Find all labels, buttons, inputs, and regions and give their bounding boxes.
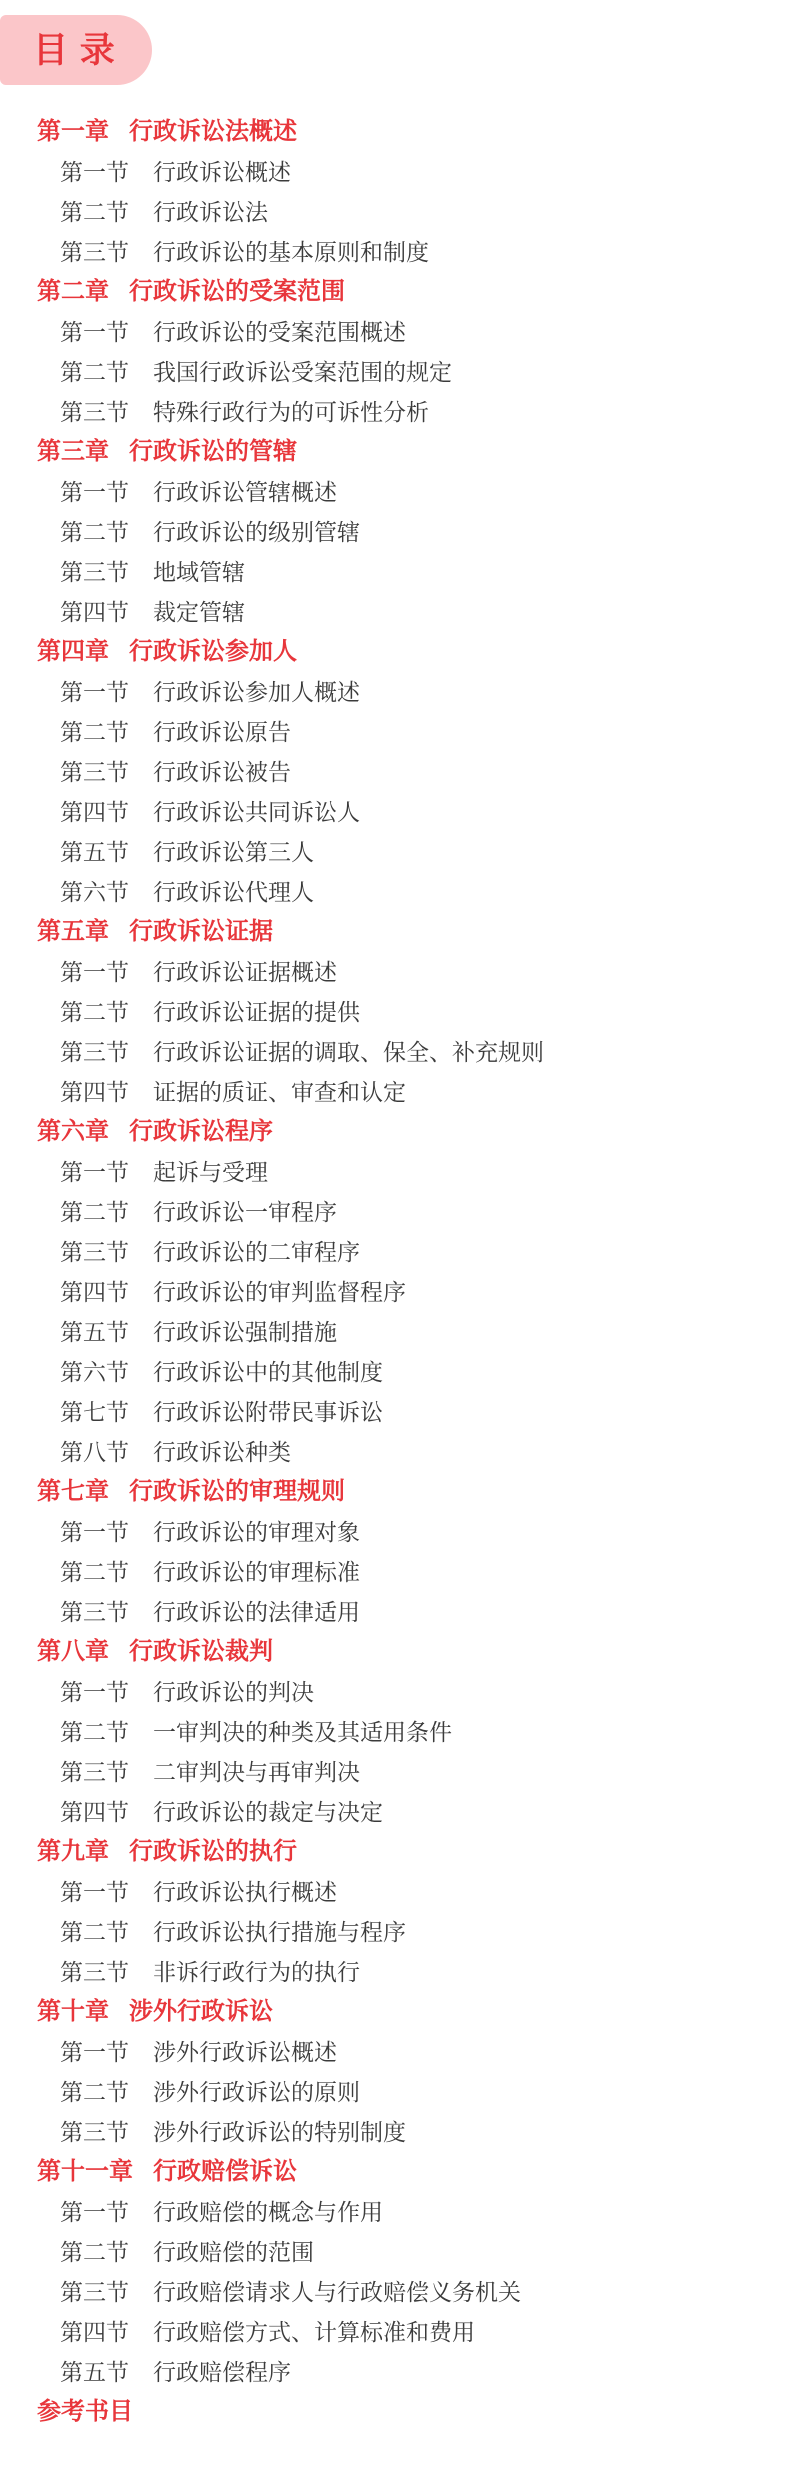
toc-entry-title: 行政诉讼的审判监督程序 xyxy=(153,1281,406,1304)
toc-entry-title: 行政诉讼参加人概述 xyxy=(153,681,360,704)
toc-entry-title: 行政诉讼的裁定与决定 xyxy=(153,1801,383,1824)
toc-entry-label: 第二节 xyxy=(60,1921,129,1944)
toc-entry[interactable]: 第二节 行政诉讼原告 xyxy=(0,712,790,752)
toc-entry-label: 第八章 xyxy=(37,1640,109,1664)
toc-entry-label: 第三节 xyxy=(60,241,129,264)
toc-entry[interactable]: 第四节 行政诉讼的裁定与决定 xyxy=(0,1792,790,1832)
toc-entry[interactable]: 第二节 行政诉讼法 xyxy=(0,192,790,232)
toc-entry-label: 第一节 xyxy=(60,161,129,184)
toc-entry-label: 第二节 xyxy=(60,1001,129,1024)
toc-entry-title: 行政诉讼证据的调取、保全、补充规则 xyxy=(153,1041,544,1064)
toc-entry-title: 行政诉讼的级别管辖 xyxy=(153,521,360,544)
toc-entry-title: 行政诉讼管辖概述 xyxy=(153,481,337,504)
toc-entry-title: 行政诉讼附带民事诉讼 xyxy=(153,1401,383,1424)
toc-entry-label: 第二节 xyxy=(60,2241,129,2264)
toc-entry-label: 第六章 xyxy=(37,1120,109,1144)
toc-entry[interactable]: 第四节 行政诉讼的审判监督程序 xyxy=(0,1272,790,1312)
toc-entry[interactable]: 第四节 行政赔偿方式、计算标准和费用 xyxy=(0,2312,790,2352)
toc-entry-label: 第一节 xyxy=(60,1681,129,1704)
toc-entry-title: 行政诉讼的二审程序 xyxy=(153,1241,360,1264)
toc-entry[interactable]: 第一节 行政诉讼证据概述 xyxy=(0,952,790,992)
toc-entry-label: 第一节 xyxy=(60,1521,129,1544)
toc-entry[interactable]: 第三节 地域管辖 xyxy=(0,552,790,592)
toc-entry[interactable]: 参考书目 xyxy=(0,2392,790,2432)
toc-entry-label: 第三节 xyxy=(60,1761,129,1784)
toc-entry-title: 行政诉讼共同诉讼人 xyxy=(153,801,360,824)
toc-entry-title: 涉外行政诉讼概述 xyxy=(153,2041,337,2064)
toc-entry[interactable]: 第一节 行政诉讼执行概述 xyxy=(0,1872,790,1912)
toc-entry-label: 第二节 xyxy=(60,361,129,384)
toc-entry-title: 行政诉讼执行措施与程序 xyxy=(153,1921,406,1944)
toc-entry[interactable]: 第二节 行政诉讼执行措施与程序 xyxy=(0,1912,790,1952)
toc-entry-label: 第一节 xyxy=(60,321,129,344)
toc-entry-title: 行政诉讼的审理标准 xyxy=(153,1561,360,1584)
toc-entry-title: 行政诉讼的法律适用 xyxy=(153,1601,360,1624)
toc-entry-title: 行政诉讼执行概述 xyxy=(153,1881,337,1904)
toc-entry[interactable]: 第二节 行政诉讼证据的提供 xyxy=(0,992,790,1032)
toc-entry[interactable]: 第六节 行政诉讼代理人 xyxy=(0,872,790,912)
toc-entry-label: 第二节 xyxy=(60,2081,129,2104)
toc-entry[interactable]: 第三节 行政赔偿请求人与行政赔偿义务机关 xyxy=(0,2272,790,2312)
toc-entry[interactable]: 第一节 行政诉讼的审理对象 xyxy=(0,1512,790,1552)
toc-entry-label: 第二节 xyxy=(60,721,129,744)
toc-entry-label: 第五节 xyxy=(60,841,129,864)
toc-entry-label: 第三节 xyxy=(60,761,129,784)
toc-entry[interactable]: 第二节 行政诉讼的级别管辖 xyxy=(0,512,790,552)
toc-entry-label: 第七章 xyxy=(37,1480,109,1504)
toc-entry-label: 第四节 xyxy=(60,2321,129,2344)
toc-entry-label: 第十章 xyxy=(37,2000,109,2024)
toc-entry-title: 涉外行政诉讼的特别制度 xyxy=(153,2121,406,2144)
toc-entry-title: 行政诉讼强制措施 xyxy=(153,1321,337,1344)
toc-entry-title: 裁定管辖 xyxy=(153,601,245,624)
toc-entry-label: 第四节 xyxy=(60,1801,129,1824)
toc-entry-label: 第一章 xyxy=(37,120,109,144)
toc-entry-label: 第七节 xyxy=(60,1401,129,1424)
toc-entry-title: 起诉与受理 xyxy=(153,1161,268,1184)
toc-entry-title: 涉外行政诉讼 xyxy=(129,2000,273,2024)
toc-entry-label: 第一节 xyxy=(60,2201,129,2224)
toc-entry-label: 第八节 xyxy=(60,1441,129,1464)
toc-entry[interactable]: 第一章 行政诉讼法概述 xyxy=(0,112,790,152)
toc-entry-label: 第一节 xyxy=(60,961,129,984)
toc-entry-label: 第三章 xyxy=(37,440,109,464)
toc-entry[interactable]: 第一节 行政诉讼的受案范围概述 xyxy=(0,312,790,352)
toc-entry-title: 行政诉讼的受案范围概述 xyxy=(153,321,406,344)
toc-entry-title: 涉外行政诉讼的原则 xyxy=(153,2081,360,2104)
toc-entry-label: 第三节 xyxy=(60,401,129,424)
toc-entry[interactable]: 第一节 行政诉讼概述 xyxy=(0,152,790,192)
toc-entry-label: 参考书目 xyxy=(37,2400,133,2424)
toc-entry[interactable]: 第九章 行政诉讼的执行 xyxy=(0,1832,790,1872)
toc-entry[interactable]: 第七章 行政诉讼的审理规则 xyxy=(0,1472,790,1512)
toc-entry-label: 第三节 xyxy=(60,561,129,584)
toc-entry[interactable]: 第三节 行政诉讼的基本原则和制度 xyxy=(0,232,790,272)
toc-entry-title: 行政诉讼代理人 xyxy=(153,881,314,904)
toc-entry-title: 行政诉讼一审程序 xyxy=(153,1201,337,1224)
toc-entry-title: 二审判决与再审判决 xyxy=(153,1761,360,1784)
toc-entry-title: 行政诉讼证据概述 xyxy=(153,961,337,984)
toc-entry-title: 行政诉讼中的其他制度 xyxy=(153,1361,383,1384)
toc-entry-title: 证据的质证、审查和认定 xyxy=(153,1081,406,1104)
toc-entry[interactable]: 第一节 涉外行政诉讼概述 xyxy=(0,2032,790,2072)
toc-entry-title: 地域管辖 xyxy=(153,561,245,584)
toc-entry-label: 第二节 xyxy=(60,1721,129,1744)
toc-entry-title: 非诉行政行为的执行 xyxy=(153,1961,360,1984)
toc-entry-label: 第二节 xyxy=(60,1561,129,1584)
toc-entry-title: 行政诉讼的基本原则和制度 xyxy=(153,241,429,264)
toc-entry[interactable]: 第一节 行政诉讼管辖概述 xyxy=(0,472,790,512)
toc-entry-label: 第二节 xyxy=(60,201,129,224)
toc-entry-title: 行政赔偿程序 xyxy=(153,2361,291,2384)
toc-entry[interactable]: 第六节 行政诉讼中的其他制度 xyxy=(0,1352,790,1392)
toc-entry-label: 第一节 xyxy=(60,1161,129,1184)
toc-entry-label: 第四节 xyxy=(60,1081,129,1104)
toc-entry[interactable]: 第三章 行政诉讼的管辖 xyxy=(0,432,790,472)
toc-entry-label: 第九章 xyxy=(37,1840,109,1864)
toc-entry[interactable]: 第一节 行政赔偿的概念与作用 xyxy=(0,2192,790,2232)
toc-entry[interactable]: 第十一章 行政赔偿诉讼 xyxy=(0,2152,790,2192)
toc-entry-title: 行政诉讼的执行 xyxy=(129,1840,297,1864)
toc-entry-title: 行政诉讼的审理规则 xyxy=(129,1480,345,1504)
toc-entry[interactable]: 第十章 涉外行政诉讼 xyxy=(0,1992,790,2032)
toc-entry-title: 行政赔偿的概念与作用 xyxy=(153,2201,383,2224)
toc-entry[interactable]: 第二节 涉外行政诉讼的原则 xyxy=(0,2072,790,2112)
toc-entry-title: 行政赔偿方式、计算标准和费用 xyxy=(153,2321,475,2344)
toc-entry-title: 行政诉讼法 xyxy=(153,201,268,224)
toc-entry-title: 行政诉讼被告 xyxy=(153,761,291,784)
toc-entry-title: 行政诉讼程序 xyxy=(129,1120,273,1144)
toc-entry-label: 第三节 xyxy=(60,2121,129,2144)
toc-entry[interactable]: 第三节 行政诉讼被告 xyxy=(0,752,790,792)
toc-entry-title: 我国行政诉讼受案范围的规定 xyxy=(153,361,452,384)
toc-entry[interactable]: 第八章 行政诉讼裁判 xyxy=(0,1632,790,1672)
toc-entry-label: 第二节 xyxy=(60,1201,129,1224)
toc-entry[interactable]: 第三节 涉外行政诉讼的特别制度 xyxy=(0,2112,790,2152)
toc-entry-title: 行政诉讼种类 xyxy=(153,1441,291,1464)
toc-entry[interactable]: 第八节 行政诉讼种类 xyxy=(0,1432,790,1472)
toc-entry-title: 行政诉讼证据 xyxy=(129,920,273,944)
toc-entry[interactable]: 第五章 行政诉讼证据 xyxy=(0,912,790,952)
toc-entry-title: 行政诉讼证据的提供 xyxy=(153,1001,360,1024)
toc-entry-title: 行政诉讼参加人 xyxy=(129,640,297,664)
toc-entry-title: 特殊行政行为的可诉性分析 xyxy=(153,401,429,424)
toc-entry-label: 第三节 xyxy=(60,2281,129,2304)
toc-entry[interactable]: 第六章 行政诉讼程序 xyxy=(0,1112,790,1152)
toc-badge: 目 录 xyxy=(0,15,152,85)
toc-entry-label: 第三节 xyxy=(60,1961,129,1984)
toc-entry[interactable]: 第一节 起诉与受理 xyxy=(0,1152,790,1192)
toc-entry-label: 第五节 xyxy=(60,2361,129,2384)
toc-entry-title: 行政诉讼的审理对象 xyxy=(153,1521,360,1544)
toc-entry-title: 行政赔偿请求人与行政赔偿义务机关 xyxy=(153,2281,521,2304)
toc-entry-title: 行政诉讼第三人 xyxy=(153,841,314,864)
toc-entry[interactable]: 第三节 特殊行政行为的可诉性分析 xyxy=(0,392,790,432)
toc-entry[interactable]: 第二节 行政赔偿的范围 xyxy=(0,2232,790,2272)
toc-entry-title: 行政诉讼概述 xyxy=(153,161,291,184)
toc-entry-label: 第四章 xyxy=(37,640,109,664)
toc-entry-label: 第二节 xyxy=(60,521,129,544)
toc-entry-title: 行政诉讼的判决 xyxy=(153,1681,314,1704)
toc-entry-label: 第一节 xyxy=(60,481,129,504)
toc-entry-label: 第四节 xyxy=(60,1281,129,1304)
toc-entry[interactable]: 第四节 证据的质证、审查和认定 xyxy=(0,1072,790,1112)
toc-entry[interactable]: 第二节 一审判决的种类及其适用条件 xyxy=(0,1712,790,1752)
toc-entry-label: 第三节 xyxy=(60,1241,129,1264)
toc-entry-label: 第六节 xyxy=(60,1361,129,1384)
toc-entry-title: 行政诉讼裁判 xyxy=(129,1640,273,1664)
toc-entry-title: 行政赔偿的范围 xyxy=(153,2241,314,2264)
toc-entry[interactable]: 第五节 行政赔偿程序 xyxy=(0,2352,790,2392)
toc-entry-title: 行政诉讼的受案范围 xyxy=(129,280,345,304)
toc-entry[interactable]: 第五节 行政诉讼第三人 xyxy=(0,832,790,872)
toc-entry-label: 第四节 xyxy=(60,601,129,624)
toc-entry[interactable]: 第二节 行政诉讼的审理标准 xyxy=(0,1552,790,1592)
toc-entry[interactable]: 第一节 行政诉讼参加人概述 xyxy=(0,672,790,712)
toc-entry[interactable]: 第三节 非诉行政行为的执行 xyxy=(0,1952,790,1992)
toc-entry[interactable]: 第三节 行政诉讼证据的调取、保全、补充规则 xyxy=(0,1032,790,1072)
toc-entry-title: 行政赔偿诉讼 xyxy=(153,2160,297,2184)
toc-entry[interactable]: 第二节 我国行政诉讼受案范围的规定 xyxy=(0,352,790,392)
toc-badge-title: 目 录 xyxy=(33,33,116,68)
toc-entry[interactable]: 第七节 行政诉讼附带民事诉讼 xyxy=(0,1392,790,1432)
toc-entry-label: 第五章 xyxy=(37,920,109,944)
toc-entry-label: 第四节 xyxy=(60,801,129,824)
toc-entry[interactable]: 第三节 二审判决与再审判决 xyxy=(0,1752,790,1792)
toc-entry-title: 行政诉讼的管辖 xyxy=(129,440,297,464)
toc-entry[interactable]: 第三节 行政诉讼的法律适用 xyxy=(0,1592,790,1632)
toc-entry-label: 第二章 xyxy=(37,280,109,304)
toc-entry-title: 行政诉讼法概述 xyxy=(129,120,297,144)
toc-entry[interactable]: 第一节 行政诉讼的判决 xyxy=(0,1672,790,1712)
toc-list: 第一章 行政诉讼法概述 第一节 行政诉讼概述 第二节 行政诉讼法 第三节 行政诉… xyxy=(0,112,790,2432)
toc-entry[interactable]: 第二节 行政诉讼一审程序 xyxy=(0,1192,790,1232)
toc-entry-label: 第三节 xyxy=(60,1601,129,1624)
toc-entry[interactable]: 第三节 行政诉讼的二审程序 xyxy=(0,1232,790,1272)
toc-entry-label: 第一节 xyxy=(60,681,129,704)
toc-entry[interactable]: 第四节 行政诉讼共同诉讼人 xyxy=(0,792,790,832)
toc-entry-label: 第一节 xyxy=(60,1881,129,1904)
toc-entry[interactable]: 第五节 行政诉讼强制措施 xyxy=(0,1312,790,1352)
toc-entry-label: 第一节 xyxy=(60,2041,129,2064)
toc-entry-title: 行政诉讼原告 xyxy=(153,721,291,744)
toc-entry[interactable]: 第四章 行政诉讼参加人 xyxy=(0,632,790,672)
toc-entry-label: 第十一章 xyxy=(37,2160,133,2184)
toc-entry[interactable]: 第二章 行政诉讼的受案范围 xyxy=(0,272,790,312)
toc-entry[interactable]: 第四节 裁定管辖 xyxy=(0,592,790,632)
toc-entry-title: 一审判决的种类及其适用条件 xyxy=(153,1721,452,1744)
toc-entry-label: 第三节 xyxy=(60,1041,129,1064)
toc-entry-label: 第六节 xyxy=(60,881,129,904)
toc-entry-label: 第五节 xyxy=(60,1321,129,1344)
